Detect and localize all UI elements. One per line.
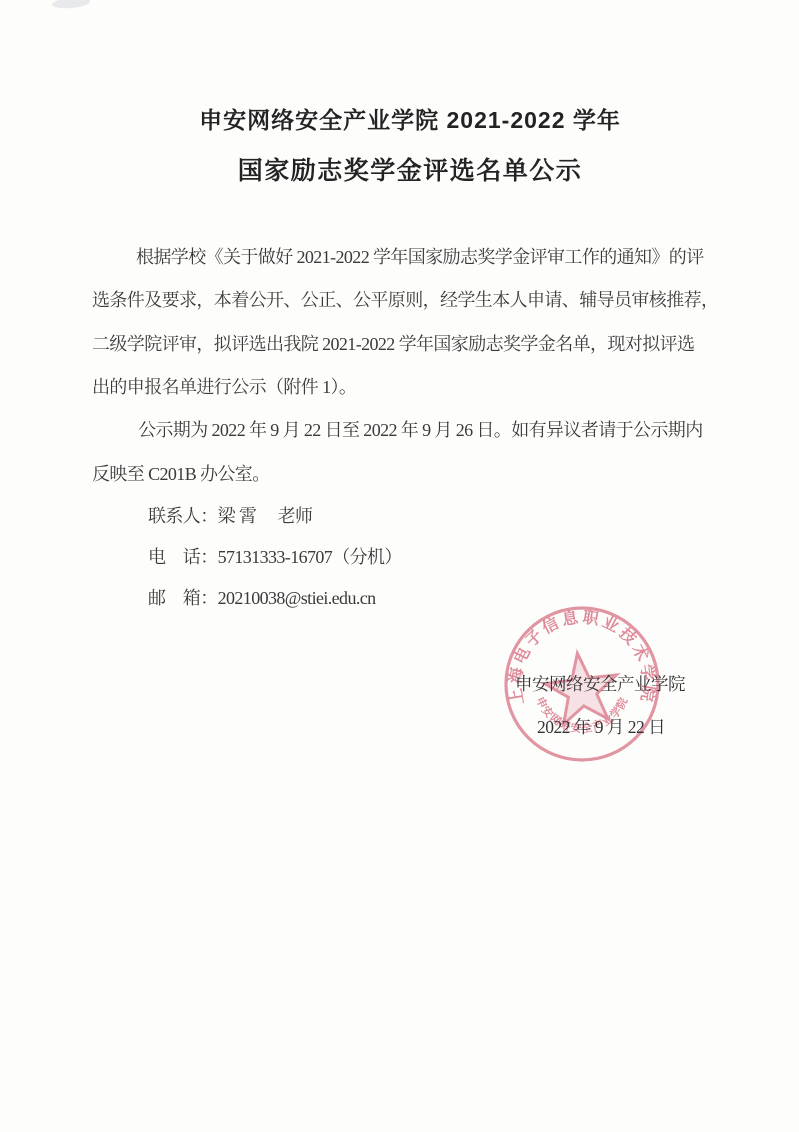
scan-smudge — [52, 0, 91, 10]
signature-organization: 申安网络安全产业学院 — [515, 671, 685, 696]
paragraph2-line-1: 公示期为 2022 年 9 月 22 日至 2022 年 9 月 26 日。如有… — [138, 416, 703, 442]
paragraph1-line-1: 根据学校《关于做好 2021-2022 学年国家励志奖学金评审工作的通知》的评 — [136, 243, 704, 269]
title-line-2: 国家励志奖学金评选名单公示 — [21, 151, 799, 187]
paragraph1-line-2: 选条件及要求，本着公开、公正、公平原则，经学生本人申请、辅导员审核推荐， — [92, 286, 718, 312]
contact-email-line: 邮 箱：20210038@stiei.edu.cn — [148, 584, 376, 610]
paragraph1-line-4: 出的申报名单进行公示（附件 1）。 — [92, 373, 356, 399]
contact-phone-line: 电 话：57131333-16707（分机） — [148, 543, 402, 569]
contact-person-line: 联系人：梁 霄 老师 — [148, 502, 312, 528]
paragraph1-line-3: 二级学院评审，拟评选出我院 2021-2022 学年国家励志奖学金名单，现对拟评… — [92, 330, 694, 356]
signature-date: 2022 年 9 月 22 日 — [537, 714, 665, 739]
document-page: 申安网络安全产业学院 2021-2022 学年 国家励志奖学金评选名单公示 根据… — [0, 0, 799, 1132]
paragraph2-line-2: 反映至 C201B 办公室。 — [92, 460, 270, 486]
title-line-1: 申安网络安全产业学院 2021-2022 学年 — [21, 102, 799, 135]
